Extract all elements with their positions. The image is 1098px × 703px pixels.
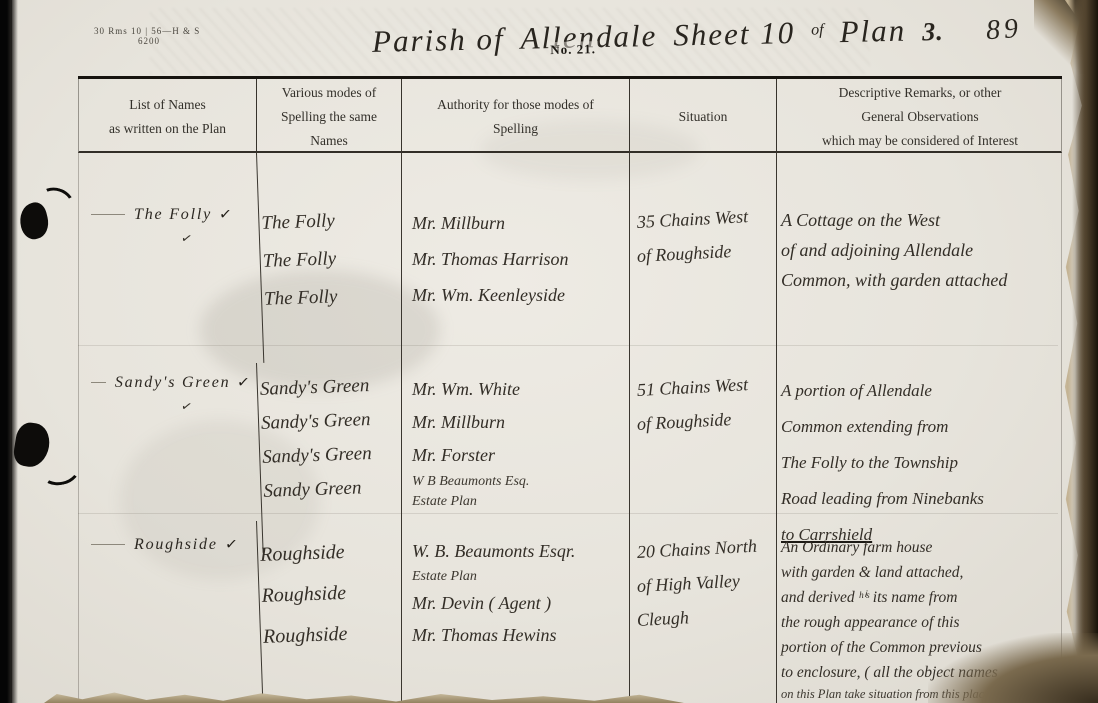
underline-dash bbox=[91, 382, 106, 383]
column-header: Authority for those modes ofSpelling bbox=[401, 79, 629, 155]
plan-name-row: Sandy's Green✓ bbox=[85, 373, 250, 392]
authority-line: Mr. Thomas Harrison bbox=[412, 241, 623, 277]
name-cell: The Folly✓✓ bbox=[79, 153, 256, 363]
checkmark-icon: ✓ bbox=[179, 230, 196, 249]
column-header-line: Various modes of bbox=[282, 81, 377, 105]
remark-line: A portion of Allendale bbox=[781, 373, 1057, 409]
spellings-cell: RoughsideRoughsideRoughside bbox=[256, 516, 407, 703]
column-header-line: as written on the Plan bbox=[109, 117, 226, 141]
authority-line: Estate Plan bbox=[412, 567, 623, 587]
authority-line: Mr. Wm. White bbox=[412, 373, 623, 406]
printer-stamp: 30 Rms 10 | 56—H & S 6200 bbox=[94, 26, 200, 46]
authority-line: Mr. Thomas Hewins bbox=[412, 619, 623, 651]
table-row: Roughside✓RoughsideRoughsideRoughsideW. … bbox=[78, 521, 1062, 703]
checkmark-icon: ✓ bbox=[218, 204, 232, 224]
number-overstamp: No. 21. bbox=[548, 41, 598, 58]
authority-cell: Mr. MillburnMr. Thomas HarrisonMr. Wm. K… bbox=[401, 153, 629, 363]
title-plan: Plan bbox=[839, 13, 906, 50]
column-header-line: Spelling bbox=[493, 117, 538, 141]
authority-line: Estate Plan bbox=[412, 492, 623, 512]
table-body: The Folly✓✓The FollyThe FollyThe FollyMr… bbox=[78, 153, 1062, 703]
column-header: List of Namesas written on the Plan bbox=[79, 79, 256, 155]
remark-line: An Ordinary farm house bbox=[781, 535, 1057, 560]
plan-name-row: Roughside✓ bbox=[85, 535, 250, 554]
stamp-line: 30 Rms 10 | 56—H & S bbox=[94, 26, 200, 36]
table-row: Sandy's Green✓✓Sandy's GreenSandy's Gree… bbox=[78, 363, 1062, 521]
column-header-line: General Observations bbox=[861, 105, 978, 129]
spelling-line: Roughside bbox=[259, 530, 396, 576]
title-sheet: Sheet 10 bbox=[673, 15, 796, 54]
checkmark-icon: ✓ bbox=[224, 534, 238, 554]
scanned-document: 30 Rms 10 | 56—H & S 6200 Parish of Alle… bbox=[0, 0, 1098, 703]
place-name: The Folly bbox=[134, 206, 212, 224]
column-header-line: Descriptive Remarks, or other bbox=[839, 81, 1002, 105]
column-header: Descriptive Remarks, or otherGeneral Obs… bbox=[776, 79, 1063, 155]
name-cell: Roughside✓ bbox=[79, 521, 256, 703]
title-plan-number: 3. bbox=[922, 17, 944, 47]
authority-cell: W. B. Beaumonts Esqr.Estate PlanMr. Devi… bbox=[401, 521, 629, 703]
remark-line: Common, with garden attached bbox=[781, 265, 1057, 295]
situation-line: of Roughside bbox=[636, 400, 772, 441]
column-header: Various modes ofSpelling the same Names bbox=[256, 79, 401, 155]
column-header-line: List of Names bbox=[129, 93, 206, 117]
underline-dash bbox=[91, 544, 125, 545]
column-header-line: Spelling the same Names bbox=[261, 105, 397, 153]
spelling-line: The Folly bbox=[263, 276, 400, 319]
remark-line: Common extending from bbox=[781, 409, 1057, 445]
plan-name-row: The Folly✓ bbox=[85, 205, 250, 224]
spelling-line: Roughside bbox=[262, 612, 399, 658]
authority-line: Mr. Millburn bbox=[412, 406, 623, 439]
torn-edge-right-shadow bbox=[1072, 0, 1098, 703]
place-name: Roughside bbox=[134, 536, 218, 554]
spelling-line: The Folly bbox=[261, 200, 398, 243]
remark-line: The Folly to the Township bbox=[781, 445, 1057, 481]
remarks-cell: A Cottage on the Westof and adjoining Al… bbox=[776, 153, 1063, 363]
spelling-line: Sandy Green bbox=[263, 470, 400, 509]
column-header-line: Situation bbox=[679, 105, 728, 129]
remark-line: A Cottage on the West bbox=[781, 205, 1057, 235]
stamp-line: 6200 bbox=[138, 36, 200, 46]
situation-line: Cleugh bbox=[636, 596, 772, 637]
title-of: of bbox=[811, 21, 824, 39]
remark-line: and derived ʰⁱˢ its name from bbox=[781, 585, 1057, 610]
remark-line: Road leading from Ninebanks bbox=[781, 481, 1057, 517]
remark-line: with garden & land attached, bbox=[781, 560, 1057, 585]
authority-line: Mr. Wm. Keenleyside bbox=[412, 277, 623, 313]
spelling-line: Sandy's Green bbox=[259, 368, 396, 407]
authority-line: Mr. Millburn bbox=[412, 205, 623, 241]
column-header-line: which may be considered of Interest bbox=[822, 129, 1018, 153]
table-row: The Folly✓✓The FollyThe FollyThe FollyMr… bbox=[78, 153, 1062, 363]
spelling-line: The Folly bbox=[262, 238, 399, 281]
authority-line: Mr. Forster bbox=[412, 439, 623, 472]
binding-edge bbox=[0, 0, 18, 703]
torn-corner-bottom-right bbox=[928, 633, 1098, 703]
column-header: Situation bbox=[629, 79, 776, 155]
place-name: Sandy's Green bbox=[115, 374, 231, 392]
situation-cell: 35 Chains Westof Roughside bbox=[629, 153, 776, 363]
table-header: List of Namesas written on the PlanVario… bbox=[78, 79, 1062, 153]
situation-line: of Roughside bbox=[636, 232, 772, 273]
title-parish-of: Parish of bbox=[372, 21, 505, 60]
authority-line: Mr. Devin ( Agent ) bbox=[412, 587, 623, 619]
underline-dash bbox=[91, 214, 125, 215]
checkmark-icon: ✓ bbox=[236, 372, 250, 392]
spelling-line: Roughside bbox=[261, 571, 398, 617]
checkmark-icon: ✓ bbox=[179, 398, 196, 417]
spellings-cell: The FollyThe FollyThe Folly bbox=[256, 148, 408, 363]
spelling-line: Sandy's Green bbox=[261, 402, 398, 441]
situation-cell: 20 Chains Northof High ValleyCleugh bbox=[629, 521, 776, 703]
remark-line: the rough appearance of this bbox=[781, 610, 1057, 635]
page-number: 89 bbox=[985, 13, 1023, 47]
column-header-line: Authority for those modes of bbox=[437, 93, 594, 117]
authority-line: W. B. Beaumonts Esqr. bbox=[412, 535, 623, 567]
authority-line: W B Beaumonts Esq. bbox=[412, 472, 623, 492]
name-book-table: List of Namesas written on the PlanVario… bbox=[78, 76, 1062, 703]
remark-line: of and adjoining Allendale bbox=[781, 235, 1057, 265]
spelling-line: Sandy's Green bbox=[262, 436, 399, 475]
